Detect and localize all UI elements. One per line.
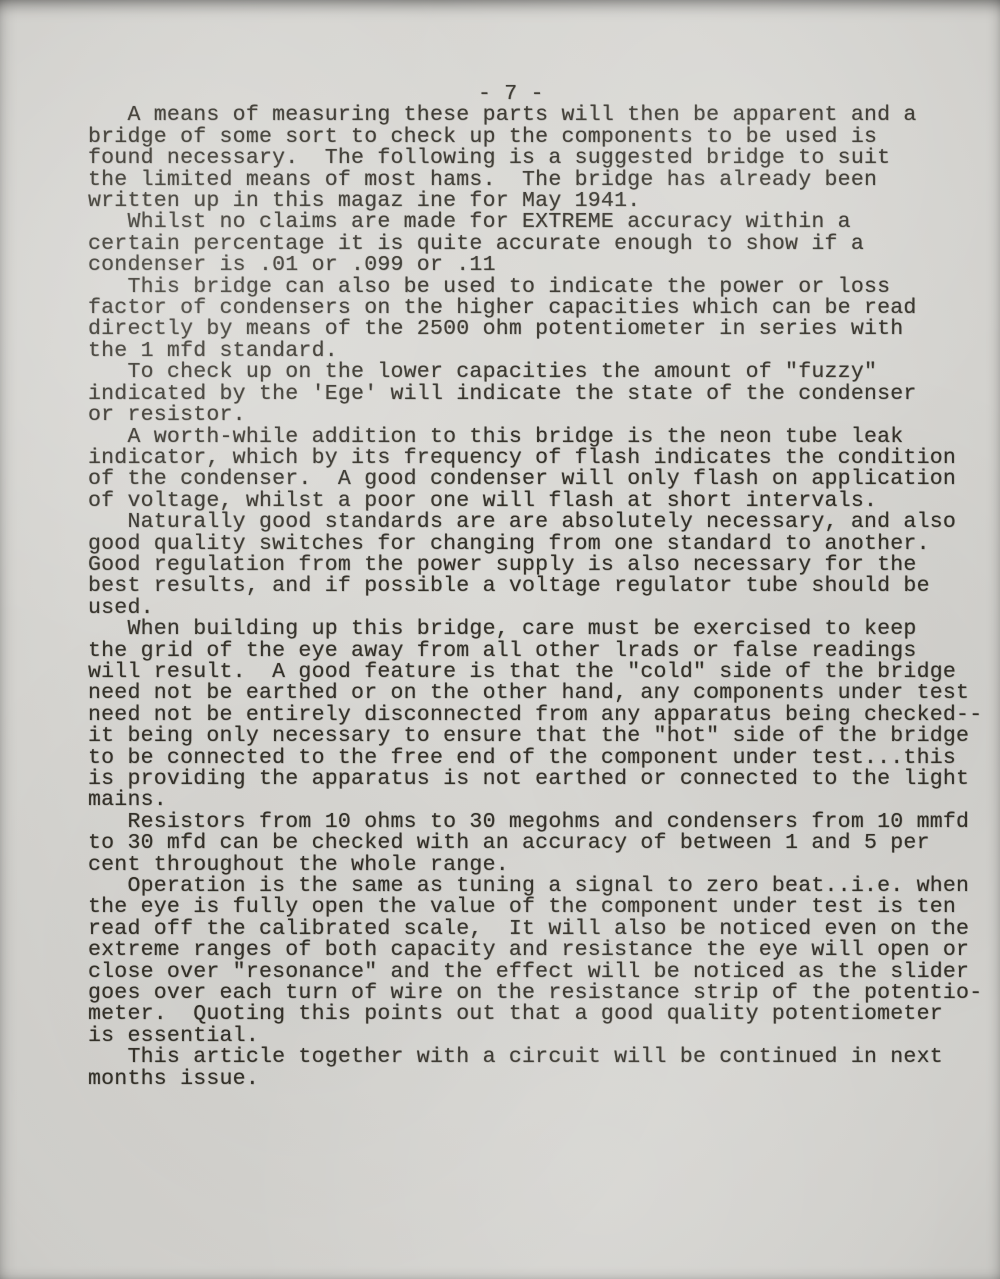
typewritten-text-block: - 7 - A means of measuring these parts w…	[88, 84, 988, 1090]
paragraph-accuracy-claims: Whilst no claims are made for EXTREME ac…	[88, 212, 988, 276]
paragraph-continued-next: This article together with a circuit wil…	[88, 1047, 988, 1090]
paragraph-good-standards: Naturally good standards are are absolut…	[88, 512, 988, 619]
paragraph-checking-range: Resistors from 10 ohms to 30 megohms and…	[88, 812, 988, 876]
paragraph-building-bridge: When building up this bridge, care must …	[88, 619, 988, 812]
paragraph-power-loss-factor: This bridge can also be used to indicate…	[88, 277, 988, 363]
scanned-page: - 7 - A means of measuring these parts w…	[0, 0, 1000, 1279]
paragraph-lower-capacities: To check up on the lower capacities the …	[88, 362, 988, 426]
paragraph-measuring-parts: A means of measuring these parts will th…	[88, 105, 988, 212]
paragraph-operation: Operation is the same as tuning a signal…	[88, 876, 988, 1047]
paragraph-neon-tube-leak: A worth-while addition to this bridge is…	[88, 427, 988, 513]
